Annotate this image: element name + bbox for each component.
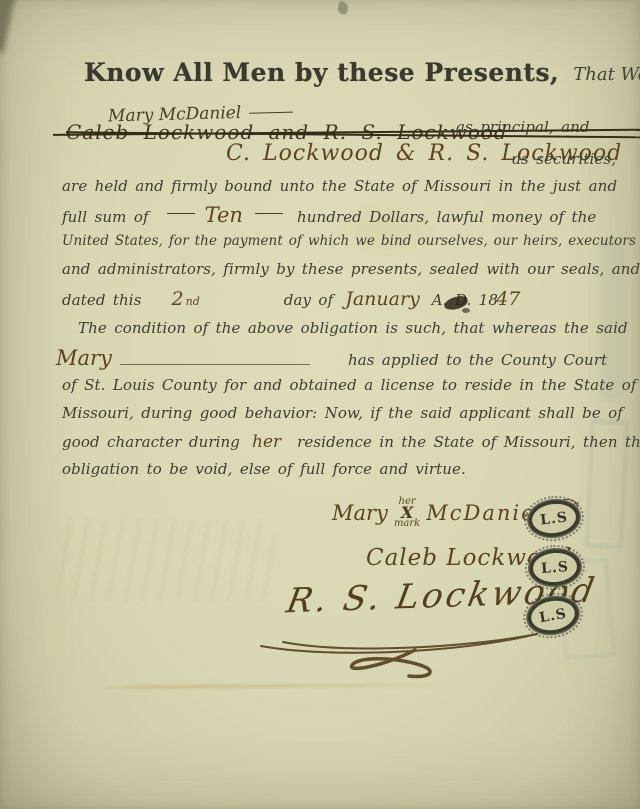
- seal-label: L.S: [539, 509, 569, 528]
- applicant-name: Mary: [56, 346, 112, 370]
- paper-corner-shadow: [0, 0, 16, 53]
- dated-middle: day of: [284, 291, 333, 309]
- amount-handwritten: Ten: [205, 203, 243, 227]
- day-number: 2: [172, 288, 184, 310]
- month-handwritten: January: [345, 288, 420, 310]
- her-mark: her X mark: [394, 497, 420, 529]
- scanned-bond-document: Know All Men by these Presents, That We,…: [0, 0, 640, 809]
- condition-line-6: obligation to be void, else of full forc…: [62, 460, 466, 478]
- bond-line-2: full sum of Ten hundred Dollars, lawful …: [62, 203, 596, 227]
- that-we-text: That We,: [573, 64, 640, 87]
- anno-domini: A. D. 18: [432, 291, 498, 309]
- sum-prefix: full sum of: [62, 208, 149, 226]
- day-ordinal: nd: [186, 295, 200, 308]
- blank-rule-line: [120, 364, 310, 365]
- seal-label: L.S: [541, 559, 570, 577]
- condition-line-1: The condition of the above obligation is…: [62, 319, 628, 337]
- year-handwritten: 47: [496, 288, 520, 310]
- bond-line-3: United States, for the payment of which …: [62, 233, 636, 249]
- seal-face: L.S: [532, 552, 578, 584]
- mark-label-bottom: mark: [394, 519, 420, 529]
- bond-line-4: and administrators, firmly by these pres…: [62, 260, 640, 278]
- fill-dash: [167, 213, 195, 214]
- principal-label: as principal, and: [456, 118, 590, 136]
- blackletter-heading: Know All Men by these Presents,: [84, 58, 559, 87]
- seal-face: L.S: [530, 501, 577, 535]
- condition-line-4: Missouri, during good behavior: Now, if …: [62, 404, 623, 422]
- fold-stain-line: [90, 683, 460, 690]
- securities-label: as securities,: [512, 150, 616, 168]
- dated-prefix: dated this: [62, 291, 142, 309]
- condition-line-2-text: has applied to the County Court: [348, 351, 607, 369]
- seal-label: L.S: [538, 605, 568, 626]
- bond-line-1: are held and firmly bound unto the State…: [62, 177, 617, 195]
- condition-line-5-pre: good character during: [62, 433, 240, 451]
- signature-underline-flourish: [255, 620, 545, 682]
- seal-face: L.S: [529, 597, 577, 633]
- condition-line-5-post: residence in the State of Missouri, then…: [297, 433, 640, 451]
- condition-line-2: Mary has applied to the County Court: [56, 346, 607, 370]
- document-title: Know All Men by these Presents, That We,: [84, 58, 640, 87]
- dated-line: dated this 2 nd day of January A. D. 18 …: [62, 288, 520, 310]
- sum-suffix: hundred Dollars, lawful money of the: [297, 208, 596, 226]
- condition-line-5: good character during her residence in t…: [62, 432, 640, 452]
- bleedthrough-handwriting: [55, 520, 275, 600]
- signature-first-name: Mary: [332, 501, 388, 525]
- condition-line-3: of St. Louis County for and obtained a l…: [62, 376, 636, 394]
- top-ink-speck: [337, 1, 350, 15]
- fill-dash: [255, 213, 283, 214]
- pronoun-handwritten: her: [252, 432, 281, 452]
